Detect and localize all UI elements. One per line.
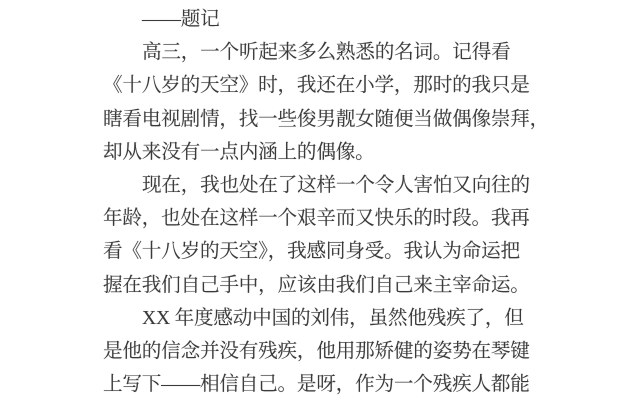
text-line-6: 现在，我也处在了这样一个令人害怕又向往的: [103, 169, 640, 202]
text-line-9: 握在我们自己手中，应该由我们自己来主宰命运。: [103, 269, 640, 302]
text-line-2: 高三，一个听起来多么熟悉的名词。记得看: [103, 36, 640, 69]
text-line-5: 却从来没有一点内涵上的偶像。: [103, 136, 640, 169]
text-line-epigraph: ——题记: [103, 3, 640, 36]
text-line-11: 是他的信念并没有残疾，他用那矫健的姿势在琴键: [103, 335, 640, 368]
text-line-3: 《十八岁的天空》时，我还在小学，那时的我只是: [103, 69, 640, 102]
essay-page: ——题记 高三，一个听起来多么熟悉的名词。记得看 《十八岁的天空》时，我还在小学…: [0, 0, 640, 400]
text-line-12: 上写下——相信自己。是呀，作为一个残疾人都能: [103, 368, 640, 400]
text-line-4: 瞎看电视剧情，找一些俊男靓女随便当做偶像崇拜，: [103, 103, 640, 136]
text-line-7: 年龄，也处在这样一个艰辛而又快乐的时段。我再: [103, 202, 640, 235]
text-line-8: 看《十八岁的天空》，我感同身受。我认为命运把: [103, 235, 640, 268]
text-line-10: XX 年度感动中国的刘伟，虽然他残疾了，但: [103, 302, 640, 335]
